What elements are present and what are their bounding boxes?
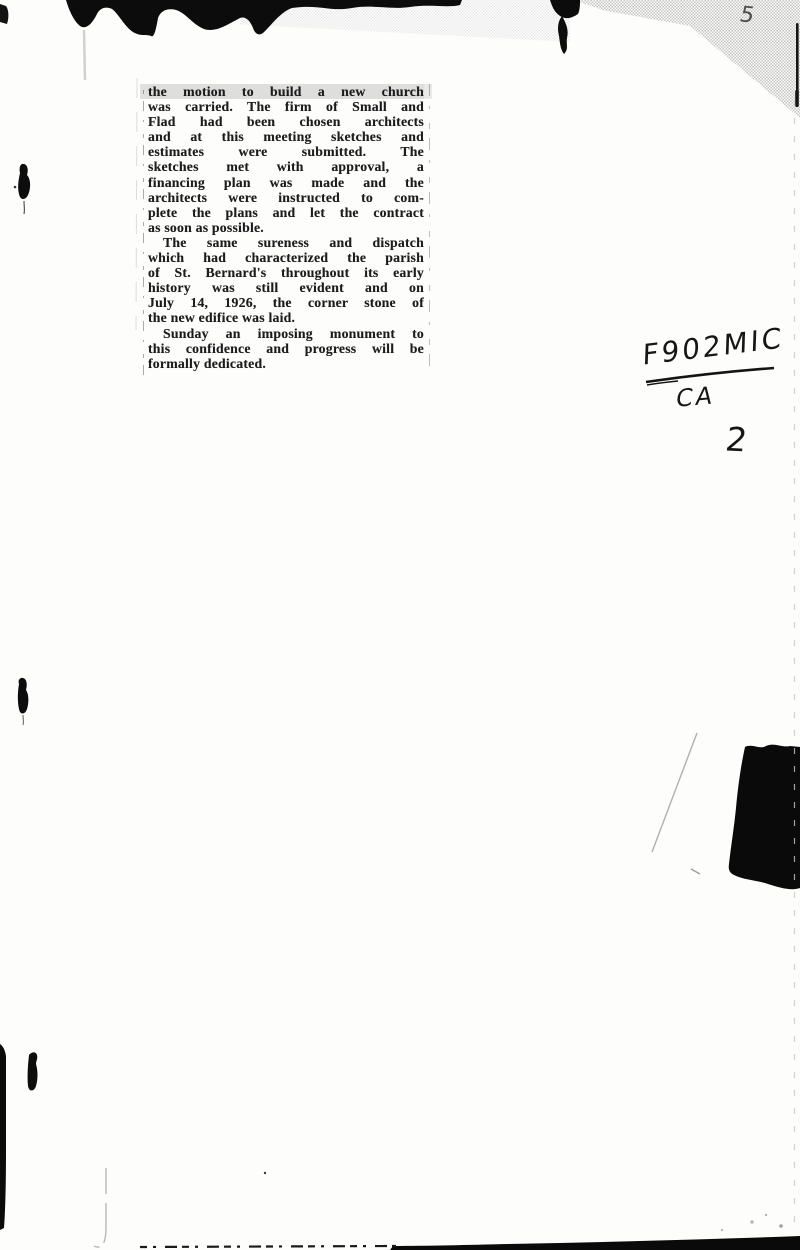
clipping-line: of St. Bernard's throughout its early (148, 265, 424, 280)
speck (779, 1224, 783, 1228)
clipping-line: Sunday an imposing monument to (148, 326, 424, 341)
ink-blot-right-large (729, 745, 800, 890)
scan-noise-corner (556, 0, 800, 118)
ink-blot-left-2 (18, 678, 29, 714)
ink-smudge-corner (0, 4, 8, 24)
scanned-document-page: the motion to build a new churchwas carr… (0, 0, 800, 1250)
newspaper-clipping: the motion to build a new churchwas carr… (148, 84, 424, 371)
ink-drip (558, 16, 568, 54)
clipping-line: architects were instructed to com- (148, 190, 424, 205)
clipping-line: which had characterized the parish (148, 250, 424, 265)
handwritten-letters: CA (674, 381, 717, 413)
gray-streak (84, 30, 85, 80)
clipping-edge-line (136, 78, 137, 330)
clipping-line: as soon as possible. (148, 220, 424, 235)
clipping-line: was carried. The firm of Small and (148, 99, 424, 114)
ink-blot-left-3 (28, 1052, 38, 1090)
ink-blot-top-middle (550, 0, 580, 18)
handwritten-corner-number: 5 (737, 2, 757, 28)
handwritten-call-mark: F902MIC (642, 321, 785, 372)
clipping-line: Flad had been chosen architects (148, 114, 424, 129)
ink-band-bottom (390, 1236, 800, 1250)
speck (721, 1229, 723, 1231)
handwritten-number: 2 (723, 420, 749, 460)
speck (264, 1172, 266, 1174)
clipping-line: formally dedicated. (148, 356, 424, 371)
clipping-line: and at this meeting sketches and (148, 129, 424, 144)
speck (750, 1220, 753, 1223)
right-edge-mark (796, 23, 799, 97)
clipping-line: estimates were submitted. The (148, 144, 424, 159)
clipping-line: plete the plans and let the contract (148, 205, 424, 220)
scratch-line-right (652, 733, 697, 852)
ink-strip-left-bottom (0, 1044, 6, 1230)
clipping-line: sketches met with approval, a (148, 159, 424, 174)
scan-noise-top (240, 0, 570, 42)
pencil-line-bottom (94, 1168, 106, 1247)
ink-blot-left-1 (18, 164, 30, 199)
scratch-tick (691, 869, 700, 874)
clipping-line: history was still evident and on (148, 280, 424, 295)
speck (765, 1214, 767, 1216)
ink-speck (14, 186, 17, 189)
clipping-line: financing plan was made and the (148, 175, 424, 190)
ink-blot-top-left (66, 0, 462, 36)
clipping-line: this confidence and progress will be (148, 341, 424, 356)
clipping-line: the motion to build a new church (148, 84, 424, 99)
handwriting-underline-start (647, 381, 678, 385)
clipping-line: The same sureness and dispatch (148, 235, 424, 250)
handwriting-underline (646, 368, 774, 382)
clipping-line: the new edifice was laid. (148, 310, 424, 325)
clipping-line: July 14, 1926, the corner stone of (148, 295, 424, 310)
ink-dashes-bottom (140, 1246, 396, 1247)
right-edge-mark-thick (795, 90, 799, 107)
